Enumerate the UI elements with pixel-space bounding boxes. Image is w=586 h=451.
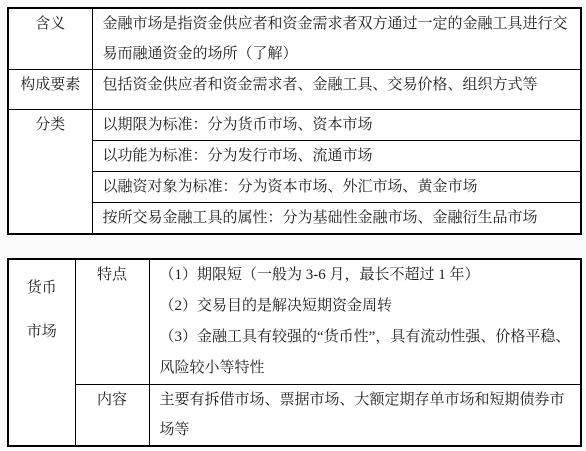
table-row: 货币市场 特点 （1）期限短（一般为 3-6 月，最长不超过 1 年） （2）交… [8, 259, 581, 385]
feature-line-3: （3）金融工具有较强的“货币性”，具有流动性强、价格平稳、风险较小等特性 [160, 322, 573, 384]
cell-features-content: （1）期限短（一般为 3-6 月，最长不超过 1 年） （2）交易目的是解决短期… [149, 259, 581, 385]
table-row: 含义 金融市场是指资金供应者和资金需求者双方通过一定的金融工具进行交易而融通资金… [8, 8, 581, 70]
table-row: 以功能为标准：分为发行市场、流通市场 [8, 141, 581, 172]
header-contents: 内容 [75, 385, 149, 447]
table-row: 分类 以期限为标准：分为货币市场、资本市场 [8, 110, 581, 141]
header-features: 特点 [75, 259, 149, 385]
money-market-table: 货币市场 特点 （1）期限短（一般为 3-6 月，最长不超过 1 年） （2）交… [7, 258, 582, 447]
table-row: 以融资对象为标准：分为资本市场、外汇市场、黄金市场 [8, 172, 581, 203]
table-row: 构成要素 包括资金供应者和资金需求者、金融工具、交易价格、组织方式等 [8, 70, 581, 110]
document-page: 含义 金融市场是指资金供应者和资金需求者双方通过一定的金融工具进行交易而融通资金… [0, 0, 586, 451]
money-market-label: 货币市场 [26, 266, 58, 354]
feature-line-1: （1）期限短（一般为 3-6 月，最长不超过 1 年） [160, 260, 573, 291]
table-row: 内容 主要有拆借市场、票据市场、大额定期存单市场和短期债券市场等 [8, 385, 581, 447]
cell-classification-by-financing-object: 以融资对象为标准：分为资本市场、外汇市场、黄金市场 [92, 172, 581, 203]
cell-definition-content: 金融市场是指资金供应者和资金需求者双方通过一定的金融工具进行交易而融通资金的场所… [92, 8, 581, 70]
row-header-money-market: 货币市场 [8, 259, 75, 446]
row-header-classification: 分类 [8, 110, 92, 235]
financial-market-overview-table: 含义 金融市场是指资金供应者和资金需求者双方通过一定的金融工具进行交易而融通资金… [7, 7, 582, 235]
row-header-components: 构成要素 [8, 70, 92, 110]
cell-classification-by-term: 以期限为标准：分为货币市场、资本市场 [92, 110, 581, 141]
cell-components-content: 包括资金供应者和资金需求者、金融工具、交易价格、组织方式等 [92, 70, 581, 110]
cell-classification-by-function: 以功能为标准：分为发行市场、流通市场 [92, 141, 581, 172]
table-row: 按所交易金融工具的属性：分为基础性金融市场、金融衍生品市场 [8, 203, 581, 235]
cell-contents-content: 主要有拆借市场、票据市场、大额定期存单市场和短期债券市场等 [149, 385, 581, 447]
feature-line-2: （2）交易目的是解决短期资金周转 [160, 291, 573, 322]
row-header-definition: 含义 [8, 8, 92, 70]
cell-classification-by-instrument-attribute: 按所交易金融工具的属性：分为基础性金融市场、金融衍生品市场 [92, 203, 581, 235]
